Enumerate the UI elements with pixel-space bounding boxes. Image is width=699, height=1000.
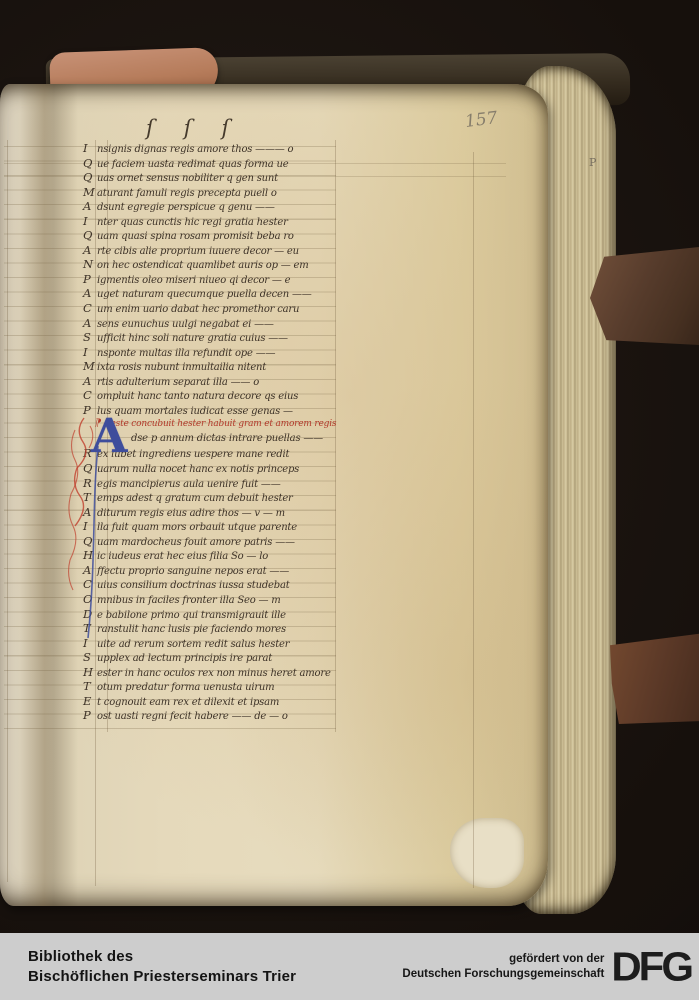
line-text: mnibus in faciles fronter illa Seo — m (97, 595, 281, 606)
decorative-ascenders: ſſſ (146, 116, 259, 140)
line-initial: Q (83, 156, 97, 171)
manuscript-line: Illa fuit quam mors orbauit utque parent… (83, 519, 341, 534)
line-text: ic iudeus erat hec eius filia So — lo (97, 551, 268, 562)
edge-pencil-mark: P (589, 156, 596, 169)
folio-number: 157 (464, 108, 499, 132)
library-footer-bar: Bibliothek des Bischöflichen Priestersem… (0, 933, 699, 1000)
line-initial: P (83, 272, 97, 287)
line-initial: T (83, 679, 97, 694)
line-text: dse p annum dictas intrare puellas —— (131, 433, 323, 444)
manuscript-line: Cuius consilium doctrinas iussa studebat (83, 577, 341, 592)
manuscript-line: Sufficit hinc soli nature gratia cuius —… (83, 330, 341, 345)
manuscript-line: Auget naturam quecumque puella decen —— (83, 286, 341, 301)
penwork-flourish (62, 412, 106, 650)
line-text: igmentis oleo miseri niueo qi decor — e (97, 275, 290, 286)
ruling-vertical (473, 152, 474, 888)
line-initial: N (83, 257, 97, 272)
manuscript-line: Inter quas cunctis hic regi gratia heste… (83, 214, 341, 229)
line-text: emps adest q gratum cum debuit hester (97, 493, 293, 504)
line-text: nter quas cunctis hic regi gratia hester (97, 217, 288, 228)
line-initial: S (83, 330, 97, 345)
library-name-line1: Bibliothek des (28, 947, 296, 967)
line-initial: M (83, 359, 97, 374)
leather-clasp-lower (610, 628, 699, 724)
manuscript-line: Iuite ad rerum sortem redit salus hester (83, 636, 341, 651)
line-initial: A (83, 199, 97, 214)
funder-text-line1: gefördert von der (402, 952, 604, 967)
manuscript-line: Transtulit hanc lusis pie faciendo mores (83, 621, 341, 636)
line-text: egis mancipierus aula uenire fuit —— (97, 479, 281, 490)
line-initial: P (83, 708, 97, 723)
manuscript-line: Supplex ad lectum principis ire parat (83, 650, 341, 665)
manuscript-line: Asens eunuchus uulgi negabat ei —— (83, 316, 341, 331)
line-text: lla fuit quam mors orbauit utque parente (97, 522, 297, 533)
line-initial: Q (83, 228, 97, 243)
line-text: nsponte multas illa refundit ope —— (97, 348, 275, 359)
line-text: diturum regis eius adire thos — v — m (97, 508, 285, 519)
manuscript-line: Et cognouit eam rex et dilexit et ipsam (83, 694, 341, 709)
line-text: ixta rosis nubunt inmultailia nitent (97, 362, 266, 373)
manuscript-line: Adsunt egregie perspicue q genu —— (83, 199, 341, 214)
line-text: uarum nulla nocet hanc ex notis princeps (97, 464, 299, 475)
manuscript-line: Non hec ostendicat quamlibet auris op — … (83, 257, 341, 272)
line-text: dsunt egregie perspicue q genu —— (97, 202, 275, 213)
line-initial: E (83, 694, 97, 709)
line-initial: S (83, 650, 97, 665)
line-text: uite ad rerum sortem redit salus hester (97, 639, 289, 650)
line-text: sens eunuchus uulgi negabat ei —— (97, 319, 274, 330)
line-initial: A (83, 286, 97, 301)
manuscript-line: Affectu proprio sanguine nepos erat —— (83, 563, 341, 578)
leather-clasp-upper (590, 247, 699, 345)
line-text: aturant famuli regis precepta puell o (97, 188, 277, 199)
manuscript-line: Cum enim uario dabat hec promethor caru (83, 301, 341, 316)
manuscript-line: De babilone primo qui transmigrauit ille (83, 607, 341, 622)
line-text: uam quasi spina rosam promisit beba ro (97, 231, 294, 242)
codex-photo: ſſſ Insignis dignas regis amore thos ———… (0, 0, 699, 933)
line-initial: Q (83, 170, 97, 185)
line-initial: H (83, 665, 97, 680)
line-text: uget naturam quecumque puella decen —— (97, 289, 312, 300)
manuscript-line: Maturant famuli regis precepta puell o (83, 185, 341, 200)
manuscript-line: Arte cibis alie proprium iuuere decor — … (83, 243, 341, 258)
line-initial: C (83, 388, 97, 403)
ruling-vertical (7, 140, 8, 882)
line-text: uam mardocheus fouit amore patris —— (97, 537, 295, 548)
line-text: ufficit hinc soli nature gratia cuius —— (97, 333, 288, 344)
line-initial: I (83, 214, 97, 229)
line-initial: I (83, 345, 97, 360)
manuscript-line: Insignis dignas regis amore thos ——— o (83, 141, 341, 156)
line-initial: A (83, 316, 97, 331)
line-initial: C (83, 301, 97, 316)
line-text: t cognouit eam rex et dilexit et ipsam (97, 697, 279, 708)
line-text: ompluit hanc tanto natura decore qs eius (97, 391, 298, 402)
line-text: uas ornet sensus nobiliter q gen sunt (97, 173, 278, 184)
manuscript-line: Totum predatur forma uenusta uirum (83, 679, 341, 694)
manuscript-line: Omnibus in faciles fronter illa Seo — m (83, 592, 341, 607)
line-initial: I (83, 141, 97, 156)
manuscript-line: Insponte multas illa refundit ope —— (83, 345, 341, 360)
library-name-line2: Bischöflichen Priesterseminars Trier (28, 967, 296, 987)
line-text: nsignis dignas regis amore thos ——— o (97, 144, 293, 155)
funder-text: gefördert von der Deutschen Forschungsge… (402, 952, 604, 981)
line-text: Feste concubuit hester habuit gram et am… (105, 419, 336, 429)
line-text: e babilone primo qui transmigrauit ille (97, 610, 286, 621)
line-text: ue faciem uasta redimat quas forma ue (97, 159, 288, 170)
manuscript-line: Hic iudeus erat hec eius filia So — lo (83, 548, 341, 563)
line-initial: M (83, 185, 97, 200)
manuscript-line: Regis mancipierus aula uenire fuit —— (83, 476, 341, 491)
funder-text-line2: Deutschen Forschungsgemeinschaft (402, 967, 604, 982)
line-text: ester in hanc oculos rex non minus heret… (97, 668, 331, 679)
line-initial: A (83, 243, 97, 258)
manuscript-line: Post uasti regni fecit habere —— de — o (83, 708, 341, 723)
manuscript-line: Aditurum regis eius adire thos — v — m (83, 505, 341, 520)
line-text: ffectu proprio sanguine nepos erat —— (97, 566, 289, 577)
line-text: um enim uario dabat hec promethor caru (97, 304, 299, 315)
funder-block: gefördert von der Deutschen Forschungsge… (402, 943, 691, 991)
manuscript-line: Compluit hanc tanto natura decore qs eiu… (83, 388, 341, 403)
manuscript-line: Artis adulterium separat illa —— o (83, 374, 341, 389)
dfg-logo: DFG (611, 943, 691, 989)
manuscript-line: Hester in hanc oculos rex non minus here… (83, 665, 341, 680)
digitized-manuscript-page: ſſſ Insignis dignas regis amore thos ———… (0, 0, 699, 1000)
line-text: on hec ostendicat quamlibet auris op — e… (97, 260, 309, 271)
manuscript-line: Mixta rosis nubunt inmultailia nitent (83, 359, 341, 374)
line-initial: A (83, 374, 97, 389)
parchment-repair-patch (450, 818, 524, 888)
line-text: upplex ad lectum principis ire parat (97, 653, 272, 664)
manuscript-line: Quam mardocheus fouit amore patris —— (83, 534, 341, 549)
line-text: ost uasti regni fecit habere —— de — o (97, 711, 288, 722)
line-text: ranstulit hanc lusis pie faciendo mores (97, 624, 286, 635)
line-text: otum predatur forma uenusta uirum (97, 682, 274, 693)
line-text: rte cibis alie proprium iuuere decor — e… (97, 246, 299, 257)
line-text: rtis adulterium separat illa —— o (97, 377, 259, 388)
manuscript-line: Quam quasi spina rosam promisit beba ro (83, 228, 341, 243)
manuscript-line: Pigmentis oleo miseri niueo qi decor — e (83, 272, 341, 287)
library-name: Bibliothek des Bischöflichen Priestersem… (28, 947, 296, 986)
manuscript-line: Quas ornet sensus nobiliter q gen sunt (83, 170, 341, 185)
manuscript-line: Temps adest q gratum cum debuit hester (83, 490, 341, 505)
line-text: uius consilium doctrinas iussa studebat (97, 580, 290, 591)
manuscript-line: Que faciem uasta redimat quas forma ue (83, 156, 341, 171)
